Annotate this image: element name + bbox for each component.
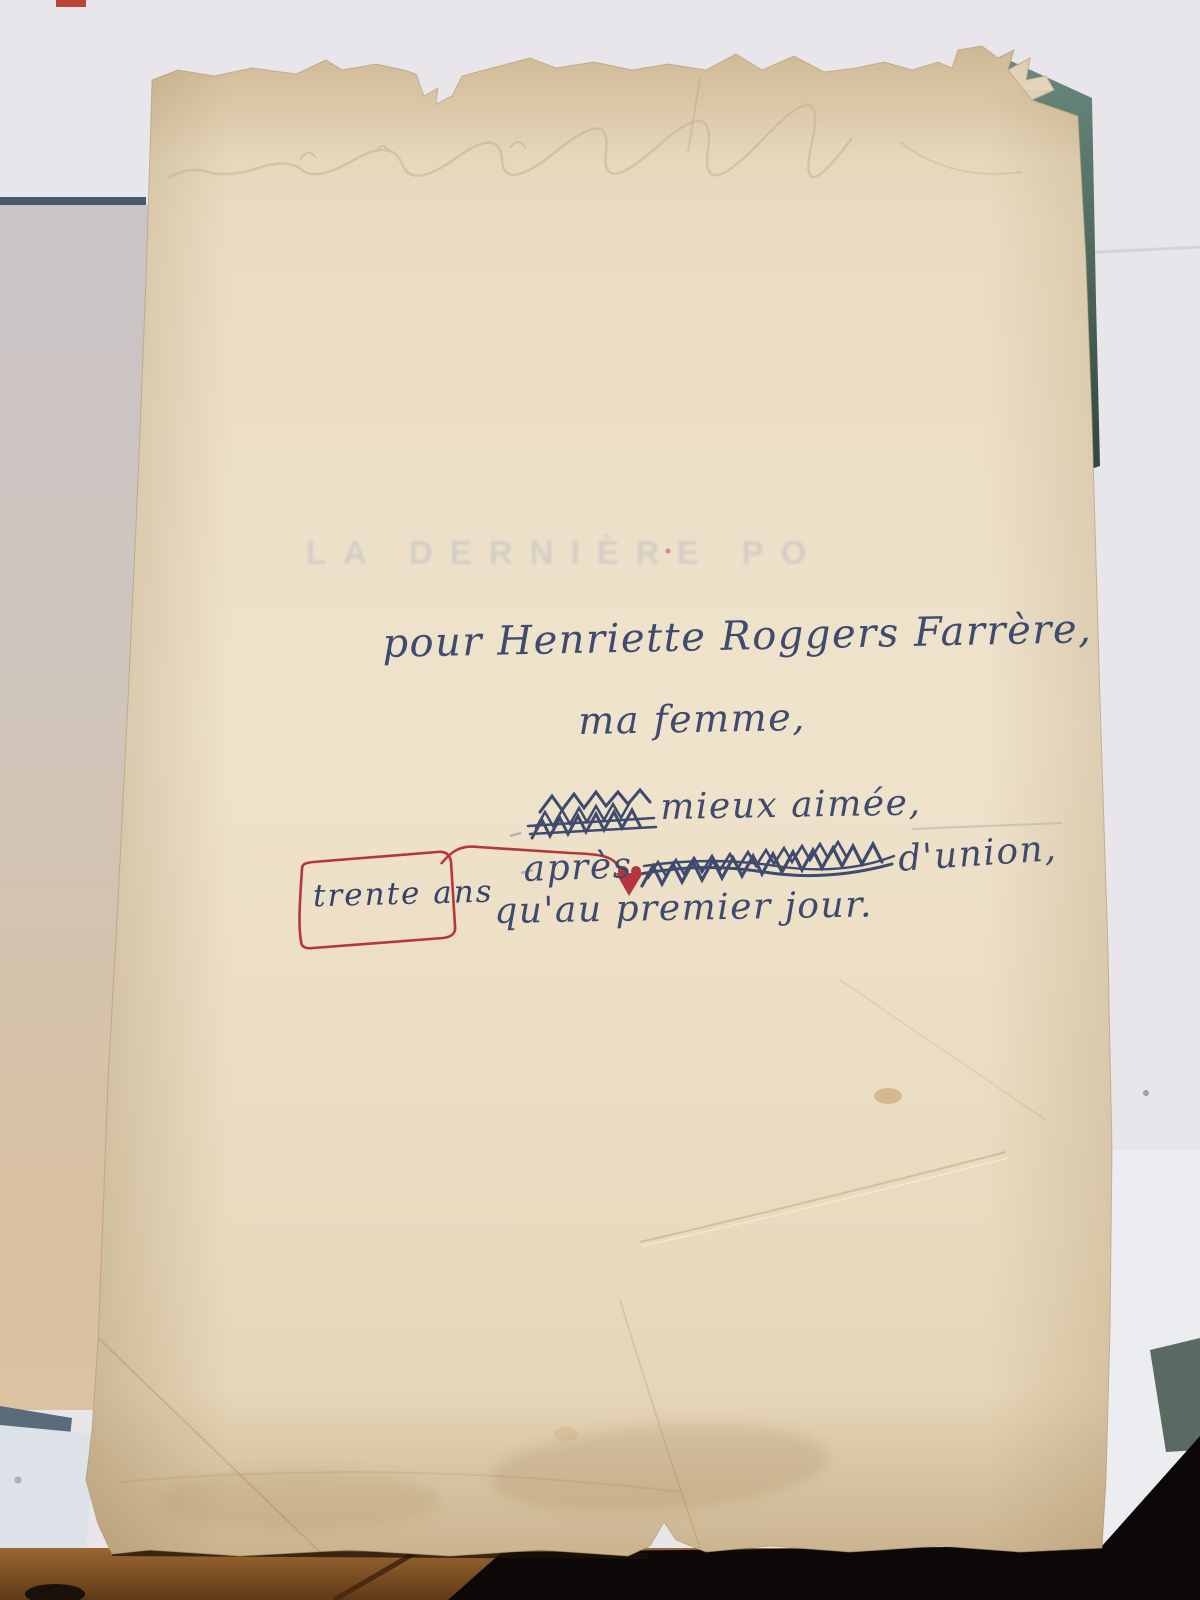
red-mark-top-edge (56, 0, 86, 7)
manuscript-page (86, 46, 1112, 1556)
dedication-line-5: qu'au premier jour. (494, 887, 873, 930)
stain-spot-faint (554, 1427, 578, 1441)
annotation-boxed-text: trente ans (313, 874, 494, 915)
scene-drawing (0, 0, 1200, 1600)
dust-speck (1143, 1090, 1149, 1096)
stain-spot (874, 1088, 902, 1104)
dedication-line-4-before-strike: après (523, 848, 633, 888)
contact-shadow (112, 1553, 648, 1556)
dedication-line-2: ma femme, (578, 698, 806, 740)
photo-of-manuscript: LA DERNIÈRE PO pour Henriette Roggers Fa… (0, 0, 1200, 1600)
ghost-typed-title: LA DERNIÈRE PO (306, 534, 823, 572)
dedication-line-3: mieux aimée, (660, 785, 922, 826)
dust-speck (15, 1477, 22, 1484)
pale-surface-lower-left (0, 1425, 95, 1556)
desk-line-upper (0, 197, 146, 205)
